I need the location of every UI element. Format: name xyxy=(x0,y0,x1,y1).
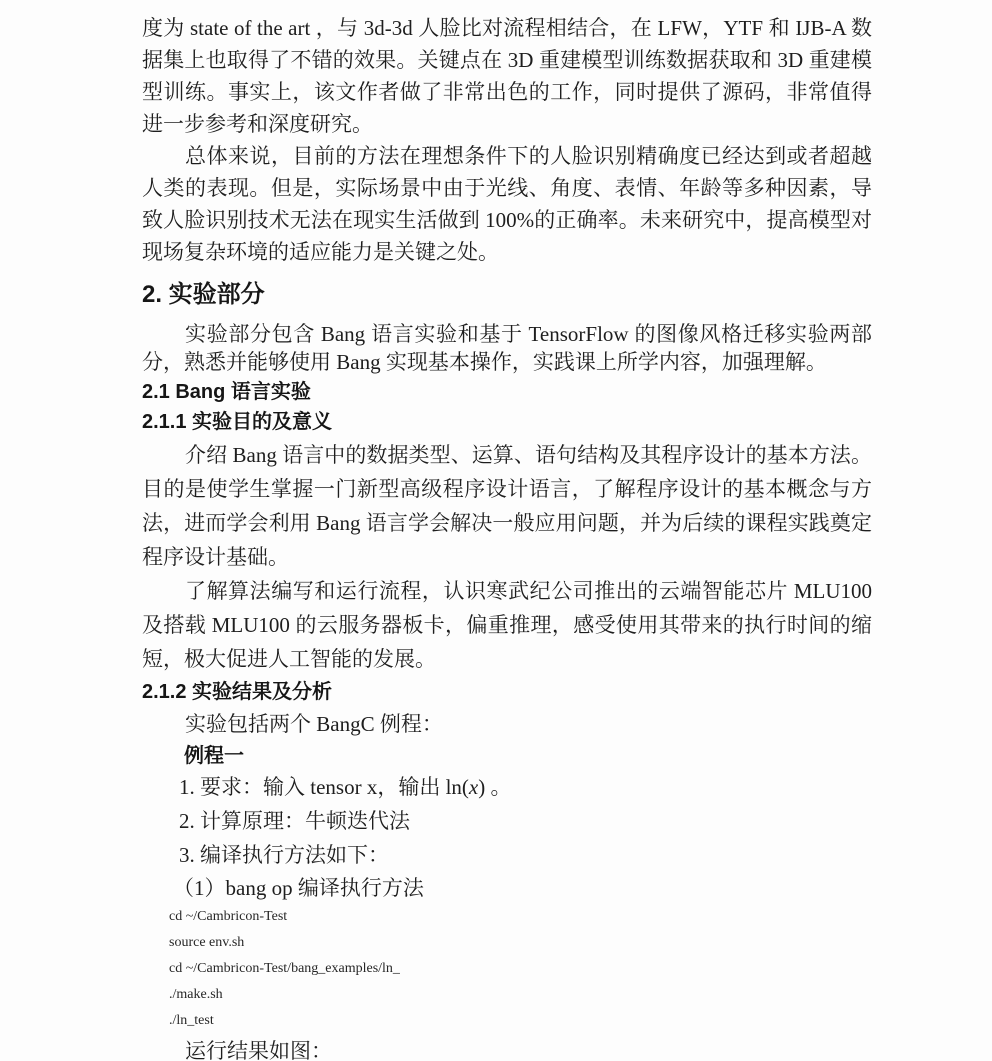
section-2-intro-paragraph: 实验部分包含 Bang 语言实验和基于 TensorFlow 的图像风格迁移实验… xyxy=(142,320,872,376)
continuation-paragraph: 度为 state of the art ，与 3d-3d 人脸比对流程相结合，在… xyxy=(142,12,872,140)
section-2-heading: 2. 实验部分 xyxy=(142,280,872,310)
section-2-1-2-intro: 实验包括两个 BangC 例程： xyxy=(142,708,872,740)
section-2-1-1-paragraph-1: 介绍 Bang 语言中的数据类型、运算、语句结构及其程序设计的基本方法。目的是使… xyxy=(142,438,872,574)
example-1-item-1-suffix: ) 。 xyxy=(478,775,511,799)
code-line-1: cd ~/Cambricon-Test xyxy=(169,904,872,930)
section-2-1-1-paragraph-2: 了解算法编写和运行流程，认识寒武纪公司推出的云端智能芯片 MLU100 及搭载 … xyxy=(142,574,872,676)
code-line-4: ./make.sh xyxy=(169,982,872,1008)
section-2-1-1-heading: 2.1.1 实验目的及意义 xyxy=(142,408,872,436)
code-line-5: ./ln_test xyxy=(169,1008,872,1034)
math-variable-x: x xyxy=(469,775,478,799)
document-page: 度为 state of the art ，与 3d-3d 人脸比对流程相结合，在… xyxy=(0,0,992,1061)
section-2-1-2-heading: 2.1.2 实验结果及分析 xyxy=(142,678,872,706)
example-1-item-2: 2. 计算原理：牛顿迭代法 xyxy=(179,804,872,838)
section-2-1-heading: 2.1 Bang 语言实验 xyxy=(142,378,872,406)
summary-paragraph: 总体来说，目前的方法在理想条件下的人脸识别精确度已经达到或者超越人类的表现。但是… xyxy=(142,140,872,268)
result-caption: 运行结果如图： xyxy=(142,1036,872,1061)
example-1-item-3: 3. 编译执行方法如下： xyxy=(179,838,872,872)
code-line-2: source env.sh xyxy=(169,930,872,956)
example-1-title: 例程一 xyxy=(184,742,872,770)
example-1-item-1: 1. 要求：输入 tensor x，输出 ln(x) 。 xyxy=(179,770,872,804)
example-1-substep-1: （1）bang op 编译执行方法 xyxy=(173,872,872,904)
code-line-3: cd ~/Cambricon-Test/bang_examples/ln_ xyxy=(169,956,872,982)
example-1-item-1-text: 1. 要求：输入 tensor x，输出 ln( xyxy=(179,775,469,799)
